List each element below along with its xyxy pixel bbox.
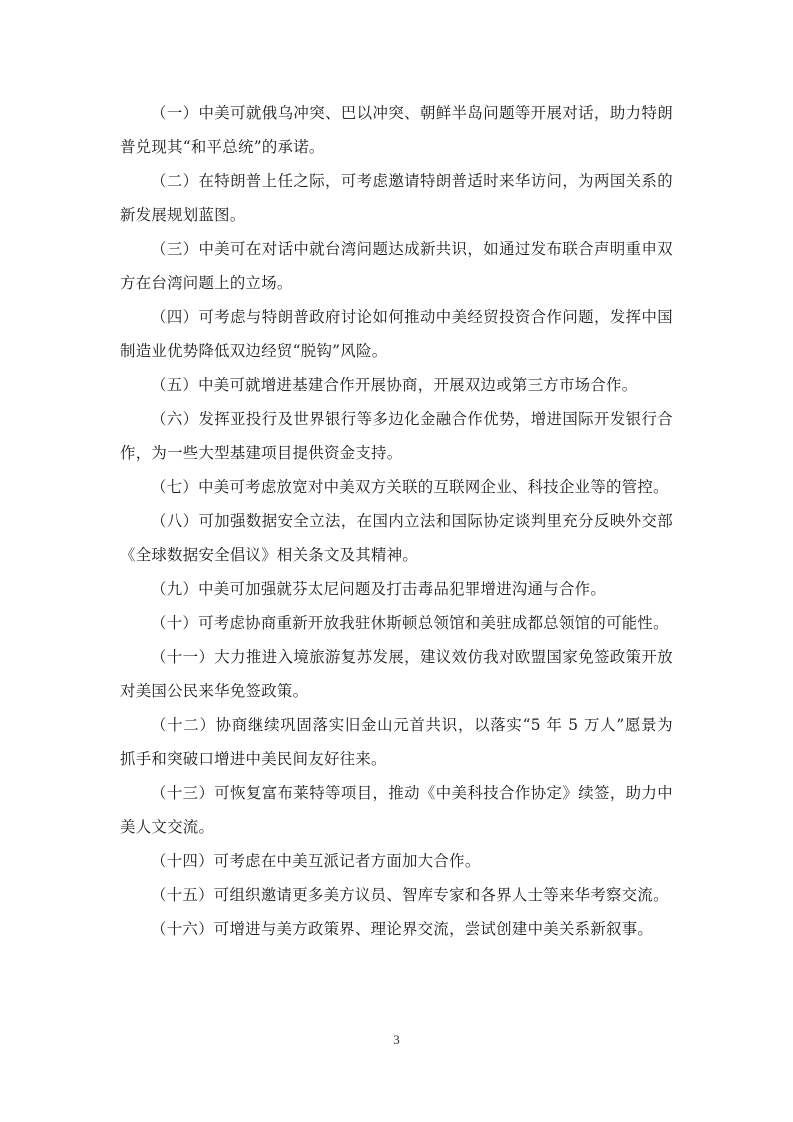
item-text: 中美可就增进基建合作开展协商，开展双边或第三方市场合作。 — [198, 376, 637, 394]
paragraph-13: （十三）可恢复富布莱特等项目，推动《中美科技合作协定》续签，助力中美人文交流。 — [120, 776, 673, 844]
paragraph-4: （四）可考虑与特朗普政府讨论如何推动中美经贸投资合作问题，发挥中国制造业优势降低… — [120, 300, 673, 368]
paragraph-3: （三）中美可在对话中就台湾问题达成新共识，如通过发布联合声明重申双方在台湾问题上… — [120, 232, 673, 300]
item-text: 可加强数据安全立法，在国内立法和国际协定谈判里充分反映外交部《全球数据安全倡议》… — [120, 512, 673, 564]
item-label: （十） — [151, 614, 198, 632]
document-body: （一）中美可就俄乌冲突、巴以冲突、朝鲜半岛问题等开展对话，助力特朗普兑现其“和平… — [120, 96, 673, 946]
paragraph-10: （十）可考虑协商重新开放我驻休斯顿总领馆和美驻成都总领馆的可能性。 — [120, 606, 673, 640]
item-label: （三） — [151, 240, 198, 258]
paragraph-15: （十五）可组织邀请更多美方议员、智库专家和各界人士等来华考察交流。 — [120, 878, 673, 912]
item-text: 可组织邀请更多美方议员、智库专家和各界人士等来华考察交流。 — [214, 886, 669, 904]
item-text: 中美可就俄乌冲突、巴以冲突、朝鲜半岛问题等开展对话，助力特朗普兑现其“和平总统”… — [120, 104, 673, 156]
paragraph-16: （十六）可增进与美方政策界、理论界交流，尝试创建中美关系新叙事。 — [120, 912, 673, 946]
paragraph-6: （六）发挥亚投行及世界银行等多边化金融合作优势，增进国际开发银行合作，为一些大型… — [120, 402, 673, 470]
paragraph-1: （一）中美可就俄乌冲突、巴以冲突、朝鲜半岛问题等开展对话，助力特朗普兑现其“和平… — [120, 96, 673, 164]
item-label: （六） — [151, 410, 198, 428]
paragraph-9: （九）中美可加强就芬太尼问题及打击毒品犯罪增进沟通与合作。 — [120, 572, 673, 606]
item-label: （十三） — [151, 784, 214, 802]
item-text: 中美可加强就芬太尼问题及打击毒品犯罪增进沟通与合作。 — [198, 580, 606, 598]
item-text: 可考虑与特朗普政府讨论如何推动中美经贸投资合作问题，发挥中国制造业优势降低双边经… — [120, 308, 673, 360]
paragraph-11: （十一）大力推进入境旅游复苏发展，建议效仿我对欧盟国家免签政策开放对美国公民来华… — [120, 640, 673, 708]
item-text: 在特朗普上任之际，可考虑邀请特朗普适时来华访问，为两国关系的新发展规划蓝图。 — [120, 172, 673, 224]
item-text: 可增进与美方政策界、理论界交流，尝试创建中美关系新叙事。 — [214, 920, 653, 938]
item-text: 中美可考虑放宽对中美双方关联的互联网企业、科技企业等的管控。 — [198, 478, 669, 496]
item-label: （九） — [151, 580, 198, 598]
item-label: （一） — [151, 104, 198, 122]
paragraph-5: （五）中美可就增进基建合作开展协商，开展双边或第三方市场合作。 — [120, 368, 673, 402]
paragraph-14: （十四）可考虑在中美互派记者方面加大合作。 — [120, 844, 673, 878]
item-text: 可考虑协商重新开放我驻休斯顿总领馆和美驻成都总领馆的可能性。 — [198, 614, 669, 632]
item-label: （八） — [151, 512, 198, 530]
page-number: 3 — [0, 1032, 793, 1048]
item-label: （七） — [151, 478, 198, 496]
item-label: （二） — [151, 172, 198, 190]
item-text: 可考虑在中美互派记者方面加大合作。 — [214, 852, 481, 870]
paragraph-12: （十二）协商继续巩固落实旧金山元首共识，以落实“5 年 5 万人”愿景为抓手和突… — [120, 708, 673, 776]
item-label: （十五） — [151, 886, 214, 904]
item-text: 发挥亚投行及世界银行等多边化金融合作优势，增进国际开发银行合作，为一些大型基建项… — [120, 410, 673, 462]
item-label: （十六） — [151, 920, 214, 938]
item-label: （十四） — [151, 852, 214, 870]
item-label: （十一） — [151, 648, 214, 666]
item-label: （十二） — [151, 716, 216, 734]
item-label: （五） — [151, 376, 198, 394]
item-label: （四） — [151, 308, 198, 326]
paragraph-8: （八）可加强数据安全立法，在国内立法和国际协定谈判里充分反映外交部《全球数据安全… — [120, 504, 673, 572]
paragraph-7: （七）中美可考虑放宽对中美双方关联的互联网企业、科技企业等的管控。 — [120, 470, 673, 504]
paragraph-2: （二）在特朗普上任之际，可考虑邀请特朗普适时来华访问，为两国关系的新发展规划蓝图… — [120, 164, 673, 232]
item-text: 中美可在对话中就台湾问题达成新共识，如通过发布联合声明重申双方在台湾问题上的立场… — [120, 240, 673, 292]
